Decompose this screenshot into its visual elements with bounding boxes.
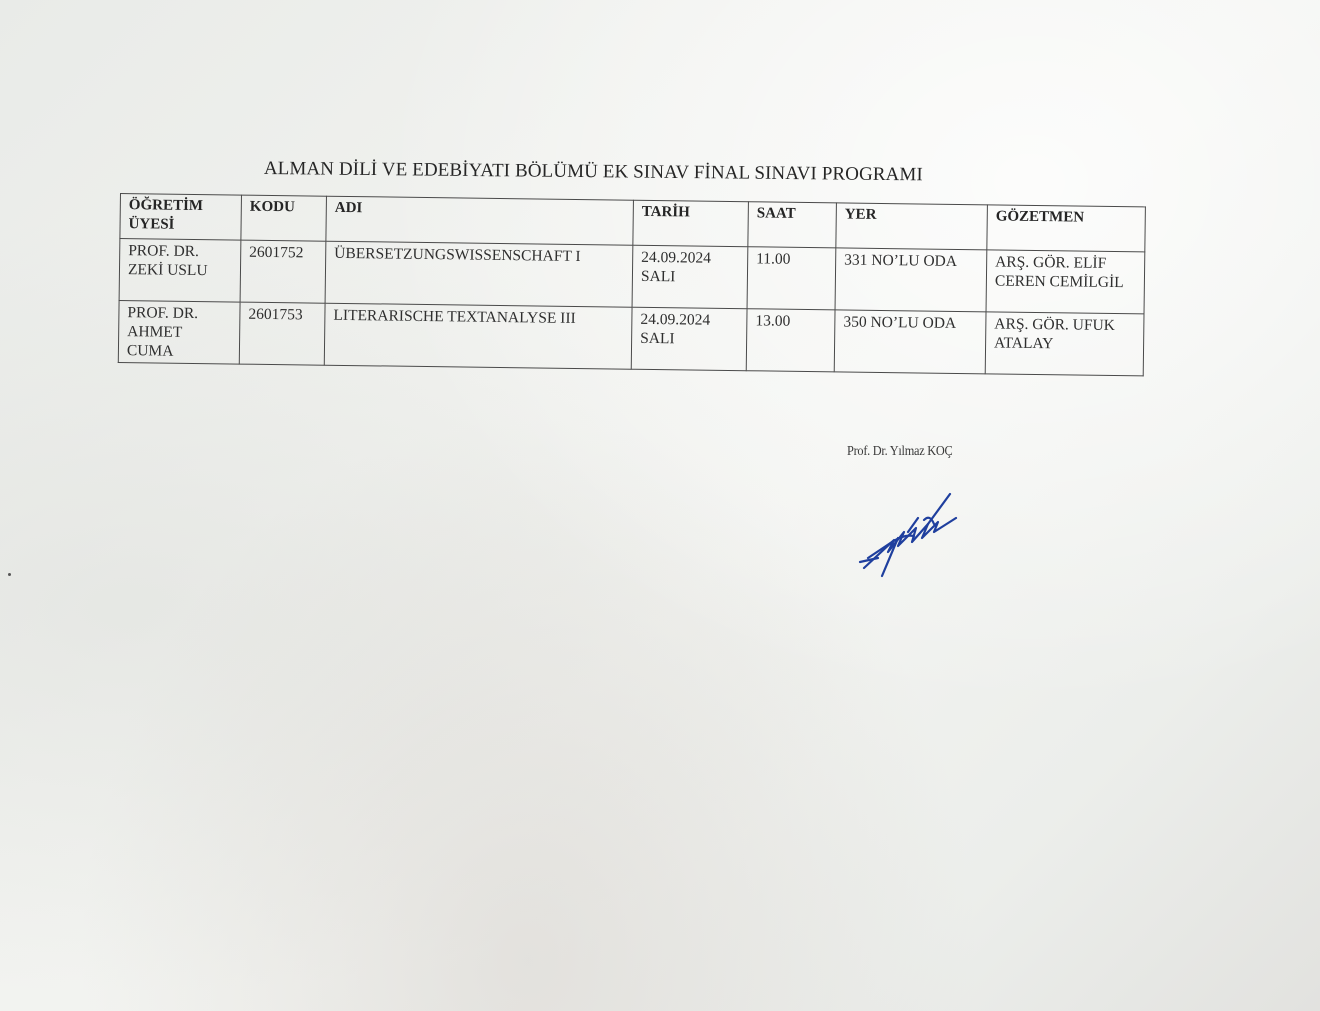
- cell-time: 11.00: [747, 247, 836, 310]
- signer-name: Prof. Dr. Yılmaz KOÇ: [847, 444, 952, 460]
- cell-date: 24.09.2024 SALI: [631, 307, 747, 370]
- header-time: SAAT: [748, 202, 837, 248]
- cell-proctor: ARŞ. GÖR. ELİF CEREN CEMİLGİL: [986, 250, 1145, 314]
- speck: [8, 573, 11, 576]
- day-value: SALI: [640, 329, 738, 349]
- header-instructor: ÖĞRETİM ÜYESİ: [120, 194, 242, 241]
- exam-schedule-table-container: ÖĞRETİM ÜYESİ KODU ADI TARİH SAAT YER GÖ…: [118, 193, 1146, 376]
- cell-place: 331 NO’LU ODA: [835, 248, 987, 312]
- cell-course-name: LITERARISCHE TEXTANALYSE III: [324, 303, 632, 369]
- day-value: SALI: [641, 267, 739, 287]
- header-code: KODU: [241, 195, 327, 241]
- cell-date: 24.09.2024 SALI: [632, 245, 748, 308]
- cell-instructor: PROF. DR. ZEKİ USLU: [119, 239, 241, 303]
- cell-code: 2601752: [240, 240, 326, 303]
- cell-place: 350 NO’LU ODA: [834, 310, 986, 374]
- date-value: 24.09.2024: [640, 310, 738, 330]
- header-proctor: GÖZETMEN: [987, 205, 1146, 252]
- paper-shading: [0, 0, 1320, 1011]
- cell-instructor: PROF. DR. AHMET CUMA: [118, 300, 240, 364]
- exam-schedule-table: ÖĞRETİM ÜYESİ KODU ADI TARİH SAAT YER GÖ…: [118, 193, 1146, 376]
- header-course-name: ADI: [326, 196, 634, 245]
- header-place: YER: [836, 203, 988, 250]
- signature-icon: [858, 488, 968, 583]
- cell-code: 2601753: [239, 302, 325, 365]
- cell-time: 13.00: [746, 309, 835, 372]
- cell-course-name: ÜBERSETZUNGSWISSENSCHAFT I: [325, 241, 633, 307]
- cell-proctor: ARŞ. GÖR. UFUK ATALAY: [985, 312, 1144, 376]
- date-value: 24.09.2024: [641, 248, 739, 268]
- header-date: TARİH: [633, 200, 749, 247]
- document-title: ALMAN DİLİ VE EDEBİYATI BÖLÜMÜ EK SINAV …: [264, 158, 1004, 187]
- table-row: PROF. DR. AHMET CUMA 2601753 LITERARISCH…: [118, 300, 1144, 375]
